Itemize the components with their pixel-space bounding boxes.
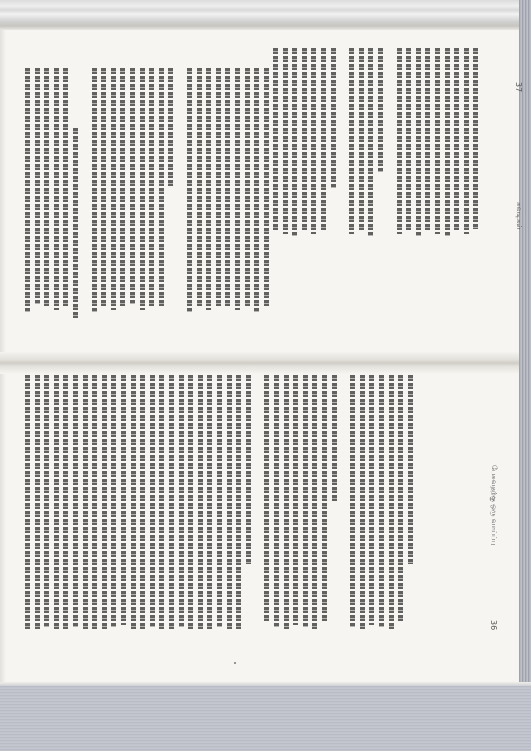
page-number-36: 36 (489, 620, 498, 630)
text-line (54, 375, 59, 631)
text-line (25, 68, 30, 312)
text-line (283, 48, 288, 234)
text-line (359, 48, 364, 232)
text-line (187, 68, 192, 312)
running-head-page-36: பேசுவதற்கு ஒரு வாய்ப்பு (489, 465, 498, 546)
text-line (332, 375, 337, 501)
text-line (159, 375, 164, 629)
text-line (406, 48, 411, 231)
running-head-page-37: சுவடிகள் (514, 202, 523, 230)
text-line (35, 68, 40, 304)
text-line (302, 48, 307, 232)
scanner-bottom-band (0, 686, 531, 751)
text-line (149, 68, 154, 308)
text-line (168, 68, 173, 188)
text-line (235, 68, 240, 310)
text-line (473, 48, 478, 229)
text-line (120, 68, 125, 308)
text-line (197, 68, 202, 308)
text-line (35, 375, 40, 629)
scan-speck (234, 662, 236, 664)
text-line (179, 375, 184, 627)
text-line (331, 48, 336, 188)
page-number-37: 37 (514, 82, 523, 92)
text-line (369, 375, 374, 625)
text-line (130, 68, 135, 304)
text-line (188, 375, 193, 629)
text-line (254, 68, 259, 312)
scanner-right-edge (519, 0, 531, 751)
text-line (73, 375, 78, 627)
text-line (227, 375, 232, 629)
text-line (464, 48, 469, 234)
text-line (101, 68, 106, 308)
text-line (63, 375, 68, 629)
text-line (206, 68, 211, 310)
text-line (349, 48, 354, 234)
text-line (397, 48, 402, 234)
text-line (92, 375, 97, 631)
text-line (131, 375, 136, 629)
text-line (216, 68, 221, 306)
text-line (273, 48, 278, 231)
text-line (246, 375, 251, 564)
text-line (311, 48, 316, 234)
text-line (92, 68, 97, 312)
text-line (169, 375, 174, 631)
text-line (322, 375, 327, 623)
text-line (44, 375, 49, 627)
text-line (264, 375, 269, 623)
book-gutter (0, 352, 519, 374)
text-line (379, 375, 384, 627)
text-line (454, 48, 459, 232)
text-line (54, 68, 59, 310)
text-line (140, 375, 145, 631)
text-line (225, 68, 230, 308)
text-line (73, 128, 78, 318)
page-37: சுவடிகள் 37 (25, 30, 480, 350)
text-line (398, 375, 403, 623)
scanner-top-edge (0, 0, 531, 30)
text-line (321, 48, 326, 231)
text-line (83, 375, 88, 629)
text-line (111, 375, 116, 627)
text-line (378, 48, 383, 172)
text-line (292, 48, 297, 236)
page-36: பேசுவதற்கு ஒரு வாய்ப்பு 36 (25, 375, 480, 685)
text-line (140, 68, 145, 310)
text-line (284, 375, 289, 629)
text-line (293, 375, 298, 625)
text-line (435, 48, 440, 234)
page-37-body (25, 30, 480, 350)
text-line (416, 48, 421, 236)
text-line (389, 375, 394, 629)
text-line (198, 375, 203, 631)
text-line (44, 68, 49, 308)
text-line (121, 375, 126, 625)
text-line (111, 68, 116, 310)
text-line (159, 68, 164, 306)
text-line (150, 375, 155, 627)
text-line (445, 48, 450, 236)
text-line (102, 375, 107, 629)
text-line (360, 375, 365, 629)
text-line (303, 375, 308, 627)
text-line (217, 375, 222, 627)
text-line (368, 48, 373, 236)
text-line (350, 375, 355, 627)
page-36-body (25, 375, 480, 685)
text-line (236, 375, 241, 631)
text-line (312, 375, 317, 629)
text-line (274, 375, 279, 627)
text-line (425, 48, 430, 232)
text-line (245, 68, 250, 308)
text-line (408, 375, 413, 564)
text-line (207, 375, 212, 629)
text-line (63, 68, 68, 308)
text-line (264, 68, 269, 308)
text-line (25, 375, 30, 631)
